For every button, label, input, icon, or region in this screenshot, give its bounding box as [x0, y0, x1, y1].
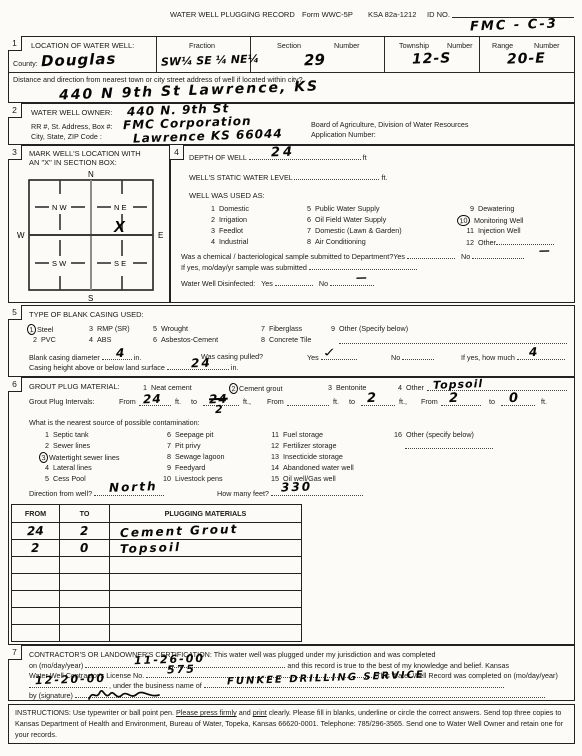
section-number-label: Number [334, 41, 360, 50]
use-label: Domestic [219, 204, 249, 213]
section-7-certification: 7 CONTRACTOR'S OR LANDOWNER'S CERTIFICAT… [8, 645, 575, 701]
use-label: Injection Well [478, 226, 521, 235]
contam-label: Insecticide storage [283, 452, 343, 461]
interval2-to-value: 2 [367, 391, 377, 406]
cell-from [12, 557, 60, 574]
contam-label: Feedyard [175, 463, 205, 472]
interval3-from-value: 2 [449, 391, 459, 406]
casing-label: ABS [97, 335, 111, 344]
table-row [12, 608, 302, 625]
col-materials: PLUGGING MATERIALS [110, 505, 302, 523]
use-num: 5 [299, 204, 311, 213]
cell-from [12, 574, 60, 591]
contam-label: Sewage lagoon [175, 452, 225, 461]
casing-num: 6 [149, 335, 157, 344]
interval3-ft: ft. [541, 397, 547, 406]
contamination-question: What is the nearest source of possible c… [29, 418, 200, 427]
cell-to [60, 625, 110, 642]
divider [9, 72, 574, 73]
contam-num: 15 [264, 474, 279, 483]
section-4-number: 4 [170, 145, 184, 160]
section-6-number: 6 [8, 377, 22, 392]
contam-label: Seepage pit [175, 430, 213, 439]
cell-material [110, 625, 302, 642]
casing-height-unit: in. [231, 363, 239, 372]
county-label: County: [13, 59, 38, 68]
table-row [12, 557, 302, 574]
table-row [12, 574, 302, 591]
how-much-label: If yes, how much [461, 353, 515, 362]
certification-text-1: This water well was plugged under my jur… [214, 650, 436, 659]
casing-label: Fiberglass [269, 324, 302, 333]
interval1-ftc: ft., [243, 397, 251, 406]
use-label: Air Conditioning [315, 237, 366, 246]
contam-other-blank [405, 441, 493, 449]
depth-unit: ft [363, 153, 367, 162]
cell-material [110, 591, 302, 608]
well-used-as-label: WELL WAS USED AS: [189, 191, 265, 200]
id-no-value: FMC - C-3 [470, 16, 558, 34]
plugging-materials-table: FROM TO PLUGGING MATERIALS 24 2 Cement G… [11, 504, 302, 642]
disinfected-label: Water Well Disinfected: [181, 279, 255, 288]
contam-num: 7 [159, 441, 171, 450]
interval1-ft: ft. [175, 397, 181, 406]
water-well-plugging-record-form: WATER WELL PLUGGING RECORD Form WWC-5P K… [0, 0, 582, 756]
col-from: FROM [12, 505, 60, 523]
grout-label: Neat cement [151, 383, 192, 392]
use-num: 8 [299, 237, 311, 246]
interval1-to-correction: 2 [215, 403, 223, 416]
contam-num: 11 [264, 430, 279, 439]
use-num: 1 [203, 204, 215, 213]
section-1-location: 1 LOCATION OF WATER WELL: County: Dougla… [8, 36, 575, 103]
uses-column-2: 5Public Water Supply 6Oil Field Water Su… [299, 204, 402, 248]
interval3-to-value: 0 [509, 391, 519, 406]
use-num: 12 [459, 238, 474, 247]
depth-label: DEPTH OF WELL [189, 153, 247, 162]
use-num: 9 [459, 204, 474, 213]
sample-yes-blank [407, 251, 455, 259]
cell-from [12, 608, 60, 625]
fraction-label: Fraction [189, 41, 215, 50]
contam-num: 6 [159, 430, 171, 439]
direction-label: Direction from well? [29, 489, 92, 498]
use-label: Feedlot [219, 226, 243, 235]
sample-date-blank [309, 262, 417, 270]
compass-n: N [88, 170, 94, 179]
casing-diameter-unit: in. [134, 353, 142, 362]
instructions-text-1: INSTRUCTIONS: Use typewriter or ball poi… [15, 708, 174, 717]
cell-to: 2 [80, 524, 89, 538]
instructions-underline-2: print [253, 708, 267, 717]
disinfected-yes-label: Yes [261, 279, 273, 288]
static-level-label: WELL'S STATIC WATER LEVEL [189, 173, 292, 182]
interval1-to-label: to [191, 397, 197, 406]
interval1-from-label: From [119, 397, 136, 406]
compass-e: E [158, 231, 163, 240]
mark-location-title-2: AN "X" IN SECTION BOX: [29, 158, 117, 167]
cell-material [110, 608, 302, 625]
range-number-label: Number [534, 41, 560, 50]
contam-num: 2 [37, 441, 49, 450]
sample-no-blank [472, 251, 524, 259]
fraction-value: SW¼ SE ¼ NE¼ [161, 52, 259, 68]
contam-num: 5 [37, 474, 49, 483]
table-header-row: FROM TO PLUGGING MATERIALS [12, 505, 302, 523]
cell-material [110, 574, 302, 591]
interval3-from-blank [441, 405, 481, 406]
casing-label: Wrought [161, 324, 188, 333]
interval3-from-label: From [421, 397, 438, 406]
location-title: LOCATION OF WATER WELL: [31, 41, 134, 50]
grout-label: Cement grout [239, 384, 283, 393]
use-label: Public Water Supply [315, 204, 379, 213]
depth-value: 24 [271, 145, 296, 161]
cell-from [12, 625, 60, 642]
form-title: WATER WELL PLUGGING RECORD [170, 10, 295, 19]
feet-value: 330 [281, 479, 313, 494]
uses-column-3: 9Dewatering 10Monitoring Well 11Injectio… [459, 204, 554, 248]
uses-column-1: 1Domestic 2Irrigation 3Feedlot 4Industri… [203, 204, 249, 248]
use-num: 11 [459, 226, 474, 235]
interval2-from-blank [287, 405, 329, 406]
contam-label: Fertilizer storage [283, 441, 337, 450]
section-3-well-location: 3 MARK WELL'S LOCATION WITH AN "X" IN SE… [8, 145, 170, 303]
contam-num: 8 [159, 452, 171, 461]
casing-label: Other (Specify below) [339, 324, 408, 333]
compass-w: W [17, 231, 25, 240]
casing-num: 4 [85, 335, 93, 344]
feet-label: How many feet? [217, 489, 269, 498]
table-row [12, 625, 302, 642]
section-2-owner: 2 WATER WELL OWNER: RR #, St. Address, B… [8, 103, 575, 145]
instructions-box: INSTRUCTIONS: Use typewriter or ball poi… [8, 704, 575, 744]
casing-num: 8 [257, 335, 265, 344]
contam-label: Lateral lines [53, 463, 92, 472]
section-1-number: 1 [8, 36, 22, 51]
contam-num-circled-watertight-sewer: 3 [38, 452, 48, 464]
pulled-no-label: No [391, 353, 400, 362]
pulled-no-blank [402, 352, 434, 360]
grout-label: Bentonite [336, 383, 366, 392]
use-num-circled-monitoring-well: 10 [456, 214, 470, 226]
quadrant-sw: S W [52, 259, 67, 268]
use-label: Domestic (Lawn & Garden) [315, 226, 402, 235]
well-location-x-mark: X [113, 219, 126, 236]
owner-address-label: RR #, St. Address, Box #: [31, 122, 113, 131]
contam-num: 12 [264, 441, 279, 450]
contamination-column-1: 1Septic tank 2Sewer lines 3Watertight se… [37, 430, 119, 485]
col-to: TO [60, 505, 110, 523]
depth-blank [249, 152, 361, 160]
section-2-number: 2 [8, 103, 22, 118]
casing-label: RMP (SR) [97, 324, 130, 333]
contam-label: Abandoned water well [283, 463, 354, 472]
cell-to [60, 608, 110, 625]
casing-label: Steel [37, 325, 53, 334]
completed-on-label: on (mo/day/year) [29, 661, 83, 670]
contamination-column-2: 6Seepage pit 7Pit privy 8Sewage lagoon 9… [159, 430, 225, 485]
grout-num-circled-cement-grout: 2 [228, 383, 238, 395]
signature-label: by (signature) [29, 691, 73, 700]
casing-title: TYPE OF BLANK CASING USED: [29, 310, 144, 319]
interval2-from-label: From [267, 397, 284, 406]
casing-num: 5 [149, 324, 157, 333]
divider [156, 37, 157, 73]
statute-ref: KSA 82a-1212 [368, 10, 416, 19]
contam-label: Pit privy [175, 441, 201, 450]
record-date-value: 12-20-00 [35, 672, 106, 687]
use-num: 6 [299, 215, 311, 224]
use-num: 2 [203, 215, 215, 224]
cell-to [60, 557, 110, 574]
disinfected-no-mark: — [356, 271, 367, 284]
contamination-column-4: 16Other (specify below) [387, 430, 493, 452]
contam-label: Septic tank [53, 430, 89, 439]
instructions-underline-1: Please press firmly [176, 708, 237, 717]
table-row: 2 0 Topsoil [12, 540, 302, 557]
contam-num: 16 [387, 430, 402, 439]
table-row [12, 591, 302, 608]
township-value: 12-S [412, 50, 452, 67]
cell-to [60, 591, 110, 608]
cell-material: Cement Grout [120, 522, 239, 540]
contam-num: 14 [264, 463, 279, 472]
disinfected-no-blank [330, 278, 374, 286]
casing-height-label: Casing height above or below land surfac… [29, 363, 165, 372]
casing-label: Concrete Tile [269, 335, 311, 344]
how-much-blank [517, 352, 565, 360]
quadrant-se: S E [114, 259, 126, 268]
interval2-ft: ft. [333, 397, 339, 406]
other-casing-blank [339, 343, 567, 344]
use-label: Monitoring Well [474, 216, 523, 225]
sample-no-label: No [461, 252, 470, 261]
static-level-blank [294, 172, 379, 180]
form-header: WATER WELL PLUGGING RECORD Form WWC-5P K… [0, 0, 582, 36]
contam-num: 9 [159, 463, 171, 472]
use-label: Dewatering [478, 204, 514, 213]
section-grid: N S W E N W N E S W S E X [11, 168, 169, 302]
section-6-grout: 6 GROUT PLUG MATERIAL: 1Neat cement 2Cem… [8, 377, 575, 645]
sample-question: Was a chemical / bacteriological sample … [181, 252, 393, 261]
use-label: Irrigation [219, 215, 247, 224]
application-number-label: Application Number: [311, 130, 376, 139]
quadrant-ne: N E [114, 203, 127, 212]
contamination-column-3: 11Fuel storage 12Fertilizer storage 13In… [264, 430, 354, 485]
other-grout-value: Topsoil [433, 377, 484, 392]
cell-material: Topsoil [120, 540, 182, 556]
certification-text-2: and this record is true to the best of m… [287, 661, 509, 670]
section-3-number: 3 [8, 145, 22, 160]
sample-date-label: If yes, mo/day/yr sample was submitted [181, 263, 307, 272]
casing-num: 9 [327, 324, 335, 333]
cell-from: 2 [31, 541, 40, 555]
contam-label: Fuel storage [283, 430, 323, 439]
township-label: Township [399, 41, 429, 50]
mark-location-title-1: MARK WELL'S LOCATION WITH [29, 149, 141, 158]
section-7-number: 7 [8, 645, 22, 660]
interval1-from-value: 24 [143, 392, 162, 407]
grout-label: Other [406, 383, 424, 392]
disinfected-no-label: No [319, 279, 328, 288]
contam-num: 13 [264, 452, 279, 461]
contam-label: Livestock pens [175, 474, 223, 483]
casing-diameter-label: Blank casing diameter [29, 353, 100, 362]
cell-to: 0 [80, 541, 89, 555]
section-4-well-details: 4 DEPTH OF WELL ft 24 WELL'S STATIC WATE… [170, 145, 575, 303]
casing-label: Asbestos-Cement [161, 335, 218, 344]
casing-num: 2 [29, 335, 37, 344]
form-number: Form WWC-5P [302, 10, 353, 19]
how-much-value: 4 [529, 345, 538, 359]
use-label: Industrial [219, 237, 248, 246]
divider [384, 37, 385, 73]
contam-num: 10 [159, 474, 171, 483]
casing-height-value: 24 [191, 356, 212, 371]
sample-no-mark: — [539, 244, 550, 257]
use-label: Other [478, 238, 496, 247]
disinfected-yes-blank [275, 278, 313, 286]
cell-from [12, 591, 60, 608]
section-5-casing: 5 TYPE OF BLANK CASING USED: 1Steel 3RMP… [8, 305, 575, 377]
compass-s: S [88, 294, 93, 302]
owner-city-label: City, State, ZIP Code : [31, 132, 102, 141]
table-row: 24 2 Cement Grout [12, 523, 302, 540]
section-5-number: 5 [8, 305, 22, 320]
grout-num: 1 [139, 383, 147, 392]
signature-scribble [87, 686, 161, 704]
grout-title: GROUT PLUG MATERIAL: [29, 382, 120, 391]
interval2-to-label: to [349, 397, 355, 406]
license-value: 575 [167, 662, 196, 676]
pulled-yes-label: Yes [307, 353, 319, 362]
owner-label: WATER WELL OWNER: [31, 108, 112, 117]
divider [479, 37, 480, 73]
use-num: 7 [299, 226, 311, 235]
agency-label: Board of Agriculture, Division of Water … [311, 120, 469, 129]
contam-label: Watertight sewer lines [49, 453, 119, 462]
cell-to [60, 574, 110, 591]
use-label: Oil Field Water Supply [315, 215, 386, 224]
grout-num: 3 [324, 383, 332, 392]
contam-label: Other (specify below) [406, 430, 474, 439]
direction-value: North [109, 479, 158, 495]
intervals-label: Grout Plug Intervals: [29, 397, 95, 406]
casing-label: PVC [41, 335, 56, 344]
use-num: 4 [203, 237, 215, 246]
interval3-to-label: to [489, 397, 495, 406]
cell-material [110, 557, 302, 574]
contam-num: 4 [37, 463, 49, 472]
county-value: Douglas [41, 50, 117, 71]
range-value: 20-E [507, 50, 546, 67]
casing-num: 3 [85, 324, 93, 333]
range-label: Range [492, 41, 513, 50]
grout-num: 4 [394, 383, 402, 392]
instructions-and: and [239, 708, 251, 717]
section-label: Section [277, 41, 301, 50]
id-no-label: ID NO. [427, 10, 450, 19]
use-num: 3 [203, 226, 215, 235]
sample-yes-label: Yes [393, 252, 405, 261]
cell-from: 24 [27, 524, 44, 539]
quadrant-nw: N W [52, 203, 68, 212]
contam-label: Sewer lines [53, 441, 90, 450]
interval2-to-blank [361, 405, 395, 406]
interval2-ftc: ft., [399, 397, 407, 406]
section-value: 29 [304, 51, 325, 70]
township-number-label: Number [447, 41, 473, 50]
static-level-unit: ft. [381, 173, 387, 182]
pulled-yes-check-mark: ✓ [321, 345, 337, 360]
casing-num: 7 [257, 324, 265, 333]
contam-label: Cess Pool [53, 474, 86, 483]
casing-diameter-value: 4 [116, 346, 125, 360]
casing-num-circled-steel: 1 [26, 324, 36, 336]
contam-num: 1 [37, 430, 49, 439]
